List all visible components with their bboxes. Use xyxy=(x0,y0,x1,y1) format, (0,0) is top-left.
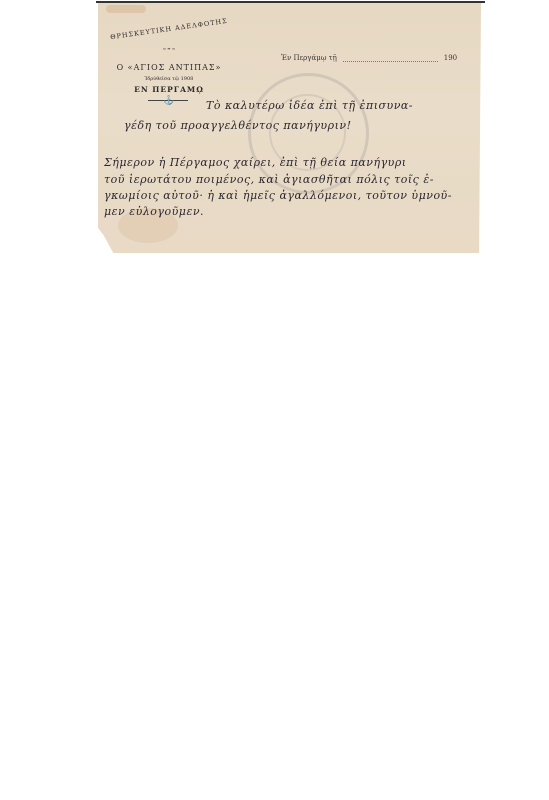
dateline: Ἐν Περγάμῳ τῇ 190 xyxy=(281,54,457,62)
letterhead-place: ΕΝ ΠΕΡΓΑΜῼ xyxy=(104,85,234,94)
dateline-year: 190 xyxy=(444,54,457,62)
letter-page: ΘΡΗΣΚΕΥΤΙΚΗ ΑΔΕΛΦΟΤΗΣ ≈ ❧ ≈ Ο «ΑΓΙΟΣ ΑΝΤ… xyxy=(98,3,481,253)
letterhead-name: Ο «ΑΓΙΟΣ ΑΝΤΙΠΑΣ» xyxy=(104,63,234,72)
handwritten-line: Σήμερον ἡ Πέργαμος χαίρει, ἐπὶ τῇ θεία π… xyxy=(104,156,407,169)
date-blank xyxy=(343,55,438,62)
handwritten-line: Τὸ καλυτέρω ἰδέα ἐπὶ τῇ ἐπισυνα- xyxy=(206,99,413,112)
paper-stain xyxy=(106,5,146,13)
handwritten-line: μεν εὐλογοῦμεν. xyxy=(104,205,204,218)
letterhead-organization: ΘΡΗΣΚΕΥΤΙΚΗ ΑΔΕΛΦΟΤΗΣ xyxy=(104,16,234,42)
scan-top-edge xyxy=(96,1,485,3)
letterhead-founded: Ἱδρύθεῖσα τῷ 1908 xyxy=(104,76,234,82)
handwritten-line: γκωμίοις αὐτοῦ· ἡ καὶ ἡμεῖς ἀγαλλόμενοι,… xyxy=(104,189,452,202)
dateline-prefix: Ἐν Περγάμῳ τῇ xyxy=(281,54,337,62)
handwritten-line: τοῦ ἱερωτάτου ποιμένος, καὶ ἀγιασθῆται π… xyxy=(104,173,434,186)
anchor-emblem-icon: ⚓ xyxy=(163,96,174,106)
letterhead-ornament: ≈ ❧ ≈ xyxy=(104,46,234,51)
handwritten-line: γέδη τοῦ προαγγελθέντος πανήγυριν! xyxy=(124,119,352,132)
